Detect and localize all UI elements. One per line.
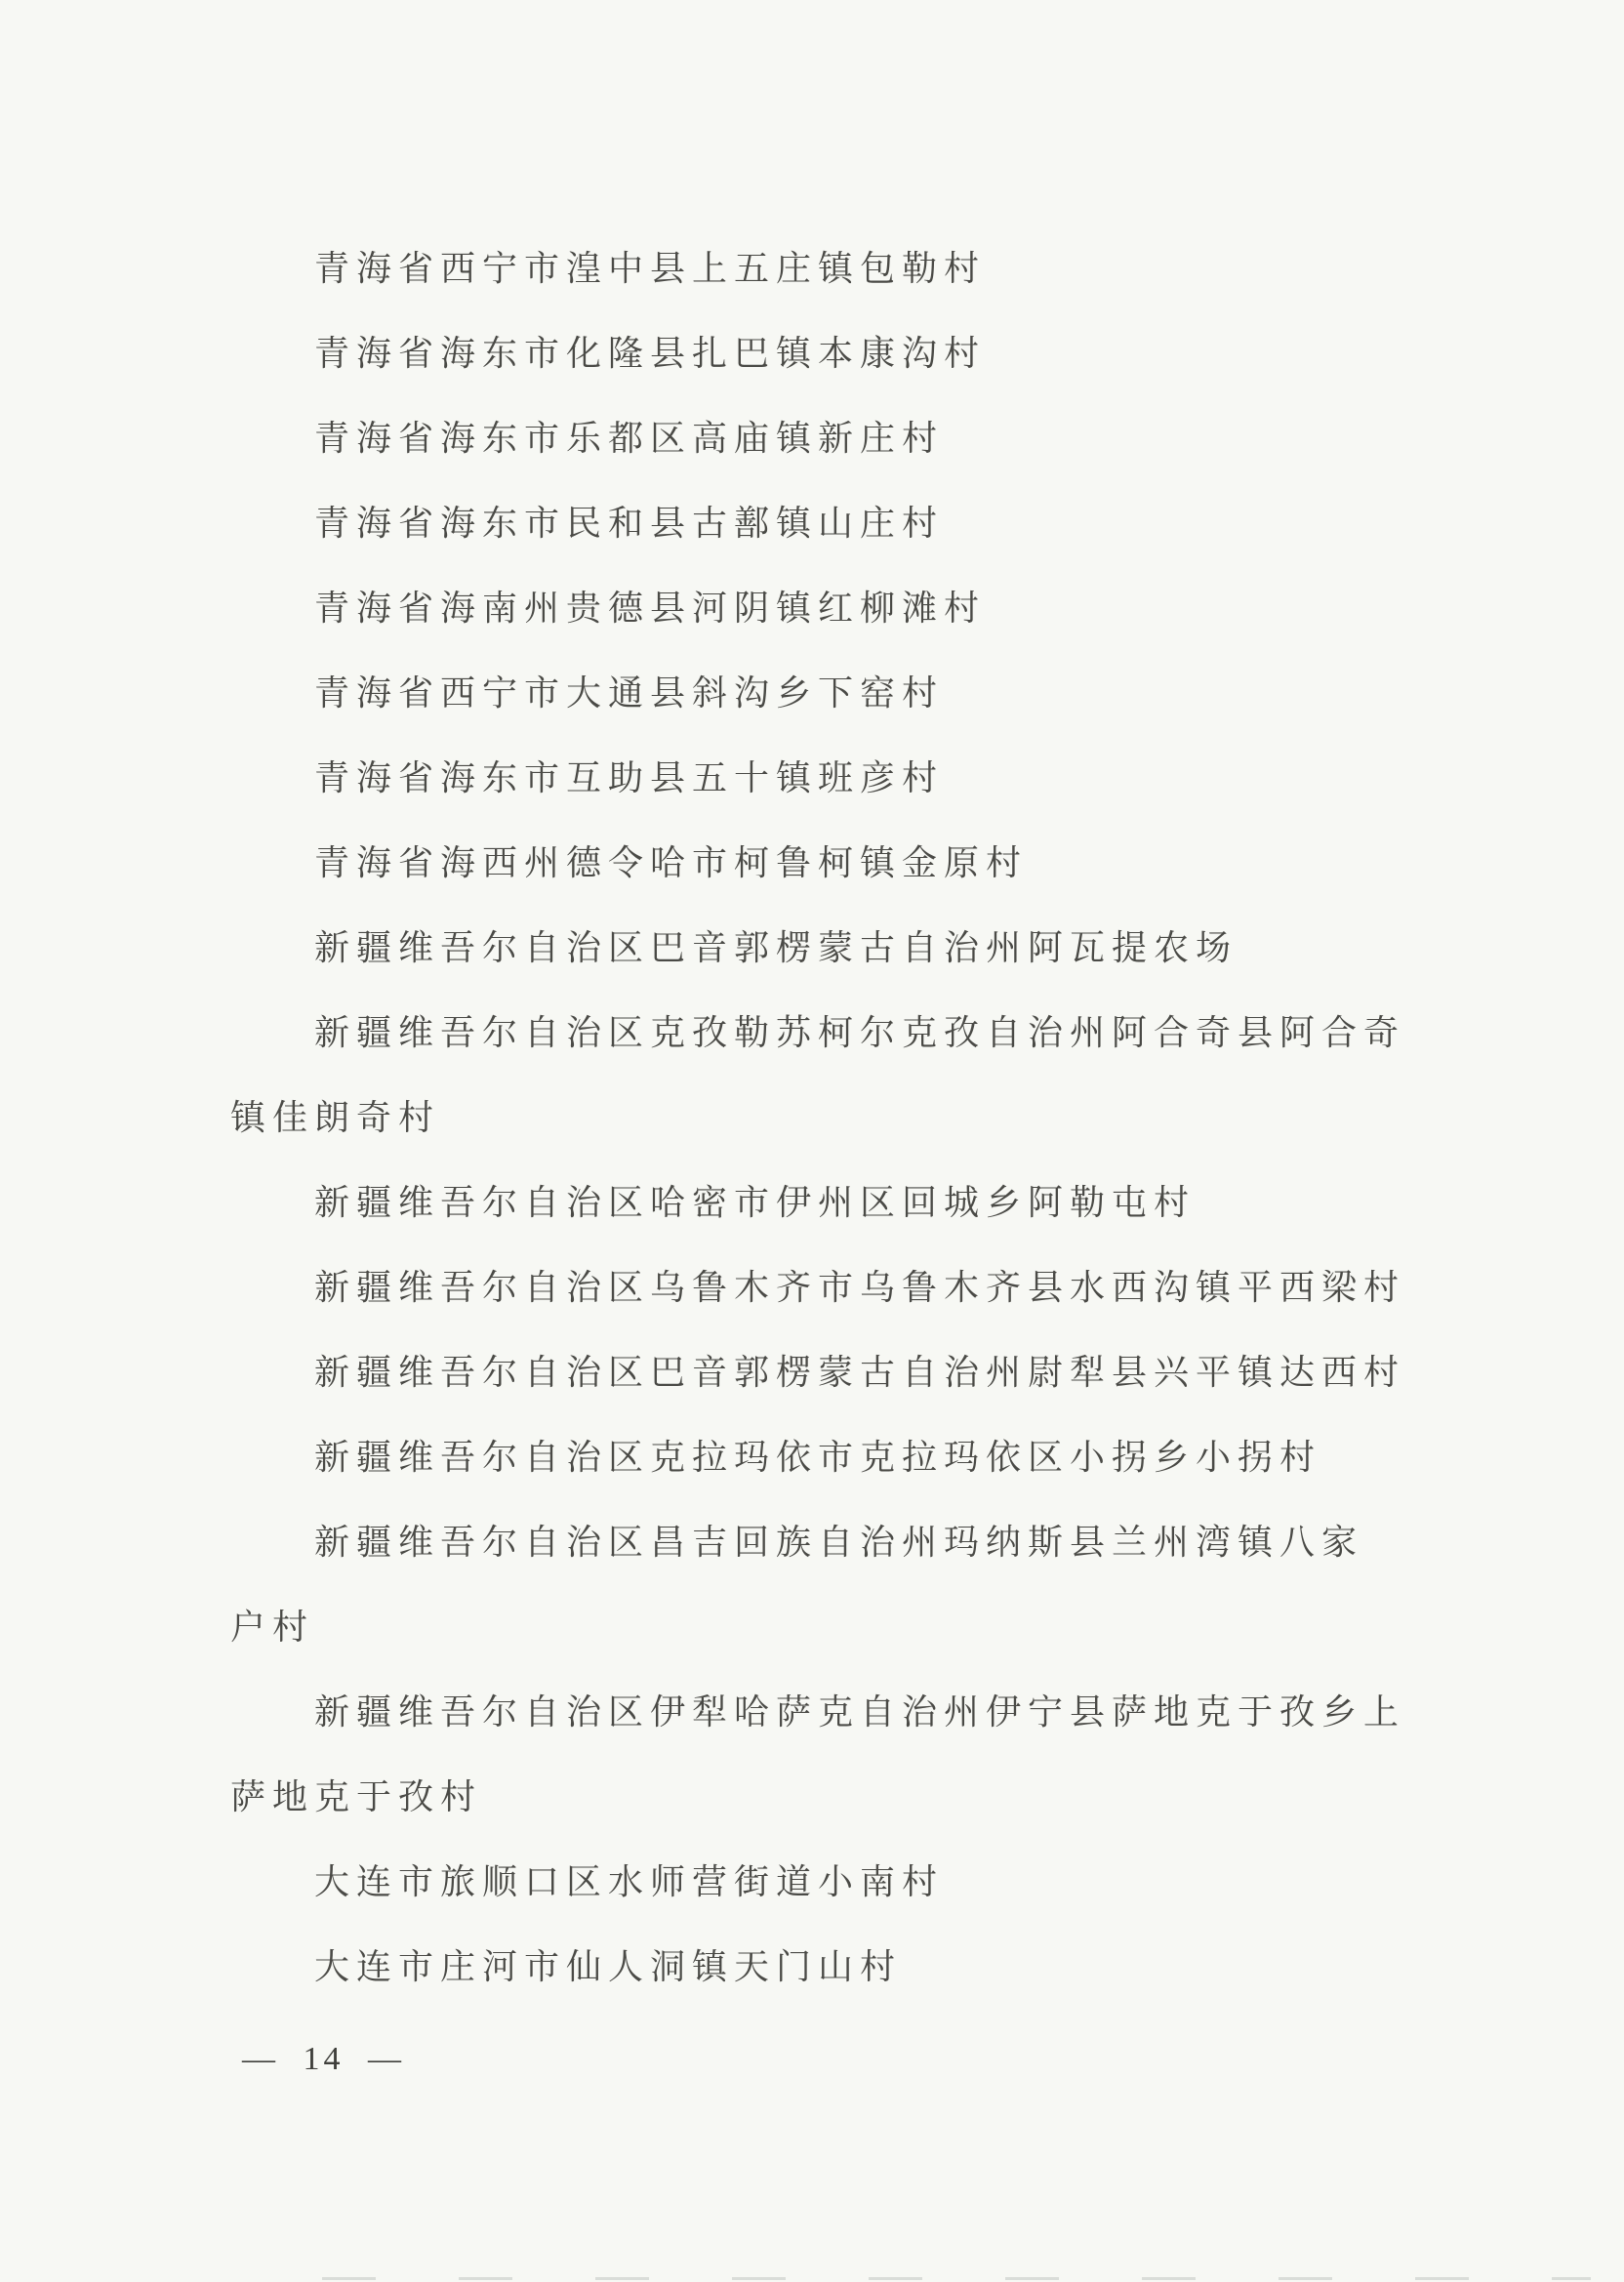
village-line: 新疆维吾尔自治区乌鲁木齐市乌鲁木齐县水西沟镇平西梁村 bbox=[230, 1245, 1448, 1330]
scan-artifact bbox=[322, 2277, 1591, 2280]
village-line: 大连市旅顺口区水师营街道小南村 bbox=[230, 1840, 1448, 1925]
village-line: 新疆维吾尔自治区克拉玛依市克拉玛依区小拐乡小拐村 bbox=[230, 1415, 1448, 1500]
village-line: 青海省西宁市湟中县上五庄镇包勒村 bbox=[230, 226, 1448, 311]
village-line: 青海省海东市乐都区高庙镇新庄村 bbox=[230, 396, 1448, 481]
village-line: 新疆维吾尔自治区巴音郭楞蒙古自治州阿瓦提农场 bbox=[230, 906, 1448, 991]
page-number: — 14 — bbox=[242, 2041, 405, 2077]
village-list: 青海省西宁市湟中县上五庄镇包勒村 青海省海东市化隆县扎巴镇本康沟村 青海省海东市… bbox=[230, 226, 1448, 2010]
village-line: 青海省海南州贵德县河阴镇红柳滩村 bbox=[230, 566, 1448, 651]
village-line: 青海省海西州德令哈市柯鲁柯镇金原村 bbox=[230, 821, 1448, 906]
village-line: 青海省西宁市大通县斜沟乡下窑村 bbox=[230, 651, 1448, 736]
village-line: 大连市庄河市仙人洞镇天门山村 bbox=[230, 1925, 1448, 2010]
village-line: 新疆维吾尔自治区克孜勒苏柯尔克孜自治州阿合奇县阿合奇 bbox=[230, 991, 1448, 1076]
village-line-continuation: 户村 bbox=[230, 1585, 1448, 1670]
village-line: 新疆维吾尔自治区昌吉回族自治州玛纳斯县兰州湾镇八家 bbox=[230, 1500, 1448, 1585]
village-line: 青海省海东市民和县古鄯镇山庄村 bbox=[230, 481, 1448, 566]
village-line: 青海省海东市互助县五十镇班彦村 bbox=[230, 736, 1448, 821]
village-line: 新疆维吾尔自治区哈密市伊州区回城乡阿勒屯村 bbox=[230, 1161, 1448, 1245]
village-line-continuation: 镇佳朗奇村 bbox=[230, 1076, 1448, 1161]
village-line: 青海省海东市化隆县扎巴镇本康沟村 bbox=[230, 311, 1448, 396]
village-line: 新疆维吾尔自治区伊犁哈萨克自治州伊宁县萨地克于孜乡上 bbox=[230, 1670, 1448, 1755]
village-line-continuation: 萨地克于孜村 bbox=[230, 1755, 1448, 1840]
village-line: 新疆维吾尔自治区巴音郭楞蒙古自治州尉犁县兴平镇达西村 bbox=[230, 1330, 1448, 1415]
page-number-footer: — 14 — bbox=[242, 2040, 405, 2079]
document-page: 青海省西宁市湟中县上五庄镇包勒村 青海省海东市化隆县扎巴镇本康沟村 青海省海东市… bbox=[0, 0, 1624, 2282]
